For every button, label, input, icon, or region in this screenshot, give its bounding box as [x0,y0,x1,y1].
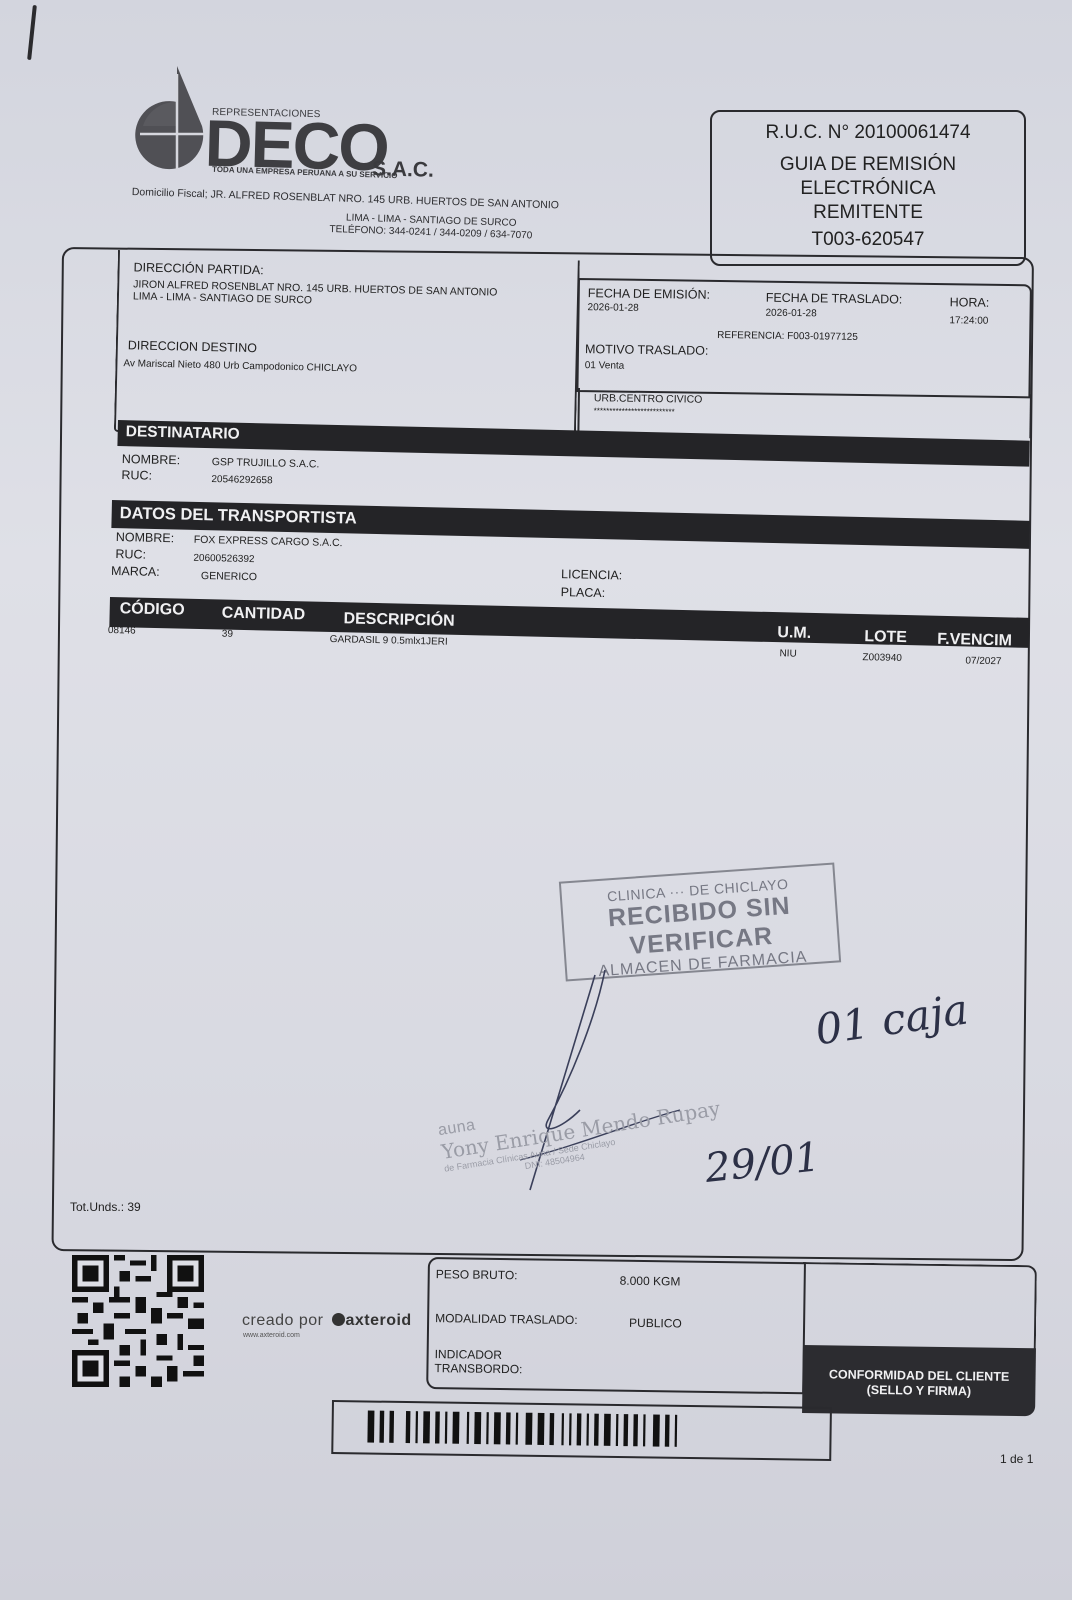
title-line-1: GUIA DE REMISIÓN [712,153,1024,177]
carrier-brand-label: MARCA: [111,564,160,579]
conformity-signature-area [802,1262,1037,1349]
barcode [331,1400,832,1461]
transship-label: INDICADOR TRANSBORDO: [434,1347,522,1376]
axteroid-logo-icon [332,1313,345,1326]
created-by-label: creado por [242,1312,324,1329]
col-code: CÓDIGO [120,600,185,619]
summary-section: PESO BRUTO: 8.000 KGM MODALIDAD TRASLADO… [426,1257,806,1394]
barcode-icon [333,1402,830,1459]
transship-label-1: INDICADOR [435,1347,523,1362]
item-lot: Z003940 [862,652,902,664]
dest-label: DIRECCION DESTINO [128,338,257,355]
recipient-ruc-label: RUC: [121,468,152,483]
transfer-value: 2026-01-28 [765,308,816,320]
motive-label: MOTIVO TRASLADO: [585,342,709,358]
page-number: 1 de 1 [1000,1452,1033,1466]
time-label: HORA: [950,295,990,310]
transfer-label: FECHA DE TRASLADO: [766,291,903,307]
recipient-ruc: 20546292658 [211,474,272,486]
document-title: GUIA DE REMISIÓN ELECTRÓNICA REMITENTE [712,153,1024,225]
mode-value: PUBLICO [629,1316,682,1331]
carrier-ruc-label: RUC: [115,547,146,562]
title-line-2: ELECTRÓNICA [712,177,1024,201]
transship-label-2: TRANSBORDO: [434,1361,522,1376]
recipient-name-label: NOMBRE: [122,452,181,467]
mode-label: MODALIDAD TRASLADO: [435,1311,578,1327]
title-line-3: REMITENTE [712,201,1024,225]
urb-section: URB.CENTRO CIVICO **********************… [577,388,1032,438]
address-section: DIRECCIÓN PARTIDA: JIRON ALFRED ROSENBLA… [114,250,580,442]
emission-label: FECHA DE EMISIÓN: [588,286,710,302]
carrier-title: DATOS DEL TRANSPORTISTA [119,504,356,528]
motive-value: 01 Venta [585,360,625,372]
conformity-label: CONFORMIDAD DEL CLIENTE (SELLO Y FIRMA) [802,1345,1036,1416]
recipient-name: GSP TRUJILLO S.A.C. [212,456,320,470]
vendor-url[interactable]: www.axteroid.com [243,1332,300,1339]
vendor-name: axteroid [345,1312,411,1329]
item-um: NIU [779,648,796,659]
recipient-title: DESTINATARIO [126,423,240,444]
license-label: LICENCIA: [561,567,622,582]
item-qty: 39 [222,629,233,640]
col-desc: DESCRIPCIÓN [343,610,455,631]
carrier-brand: GENERICO [201,570,257,583]
fiscal-address: Domicilio Fiscal; JR. ALFRED ROSENBLAT N… [132,186,559,211]
origin-label: DIRECCIÓN PARTIDA: [133,260,263,277]
time-value: 17:24:00 [949,315,988,327]
plate-label: PLACA: [561,585,606,600]
dates-section: FECHA DE EMISIÓN: 2026-01-28 FECHA DE TR… [576,278,1032,398]
reference: REFERENCIA: F003-01977125 [717,330,858,343]
pen-mark [27,5,37,60]
carrier-name: FOX EXPRESS CARGO S.A.C. [194,534,343,549]
col-qty: CANTIDAD [221,605,305,625]
weight-label: PESO BRUTO: [436,1267,518,1282]
fiscal-contact: LIMA - LIMA - SANTIAGO DE SURCO TELÉFONO… [329,212,533,242]
urb-dots: ************************** [594,406,675,416]
total-units: Tot.Unds.: 39 [70,1200,141,1214]
emission-value: 2026-01-28 [588,302,639,314]
carrier-ruc: 20600526392 [193,553,254,565]
urb-label: URB.CENTRO CIVICO [594,392,703,406]
document-id-box: R.U.C. N° 20100061474 GUIA DE REMISIÓN E… [710,110,1026,266]
carrier-name-label: NOMBRE: [116,530,175,545]
item-code: 08146 [108,625,136,637]
created-by: creado por axteroid [242,1312,412,1330]
weight-value: 8.000 KGM [620,1274,681,1289]
item-desc: GARDASIL 9 0.5mlx1JERI [330,634,448,648]
document-number: T003-620547 [712,229,1024,251]
item-exp: 07/2027 [965,655,1001,667]
ruc-number: R.U.C. N° 20100061474 [712,122,1024,144]
qr-code-icon [70,1255,206,1387]
dest-line: Av Mariscal Nieto 480 Urb Campodonico CH… [123,358,357,374]
